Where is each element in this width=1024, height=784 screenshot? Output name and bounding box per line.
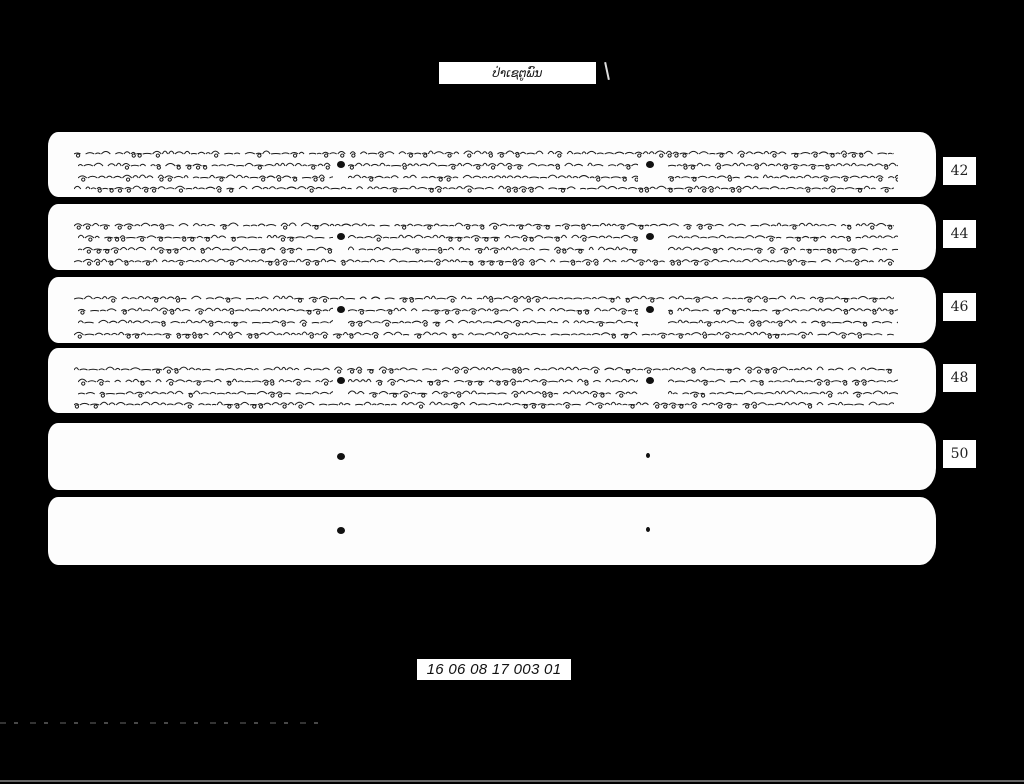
script-line [74,251,894,260]
palm-leaf-page [48,348,936,413]
folio-label-42: 42 [943,157,976,185]
binding-hole [337,233,345,240]
script-line [78,300,333,309]
palm-leaf-page [48,497,936,565]
script-line [348,383,638,392]
script-line [74,288,894,297]
script-line [78,239,333,248]
binding-hole [646,377,654,384]
binding-hole [646,161,654,168]
binding-hole [337,306,345,313]
script-line [668,383,898,392]
script-line [348,312,638,321]
binding-hole [337,377,345,384]
script-line [74,178,894,187]
scan-bottom-edge [0,780,1024,782]
catalog-id: 16 06 08 17 003 01 [427,661,562,678]
palm-leaf-page [48,132,936,197]
script-line [74,394,894,403]
binding-hole [646,233,654,240]
script-line [348,227,638,236]
script-line [348,239,638,248]
script-text-block [48,348,936,413]
catalog-id-label: 16 06 08 17 003 01 [417,659,571,680]
folio-number: 46 [951,299,969,315]
binding-hole [646,527,650,532]
script-line [668,239,898,248]
manuscript-title-label: ປ່າເຊຕູພົນ [439,62,596,84]
script-text-block [48,277,936,343]
palm-leaf-page [48,277,936,343]
script-line [78,312,333,321]
folio-label-48: 48 [943,364,976,392]
scan-noise [0,722,330,724]
folio-label-44: 44 [943,220,976,248]
script-line [78,383,333,392]
palm-leaf-page [48,204,936,270]
script-line [668,227,898,236]
script-text-block [48,497,936,565]
script-line [348,300,638,309]
script-line [668,167,898,176]
script-line [348,155,638,164]
script-line [74,324,894,333]
folio-label-50: 50 [943,440,976,468]
script-text-block [48,132,936,197]
script-line [78,167,333,176]
folio-number: 42 [951,163,969,179]
binding-hole [337,453,345,460]
script-line [74,359,894,368]
script-line [78,155,333,164]
script-line [78,227,333,236]
script-text-block [48,423,936,490]
script-line [74,143,894,152]
script-line [348,371,638,380]
script-line [668,300,898,309]
script-line [348,167,638,176]
script-line [668,371,898,380]
binding-hole [646,306,654,313]
binding-hole [646,453,650,458]
script-line [668,155,898,164]
slash-mark [604,62,610,80]
script-line [78,371,333,380]
script-line [668,312,898,321]
binding-hole [337,161,345,168]
folio-number: 44 [951,226,969,242]
script-line [74,215,894,224]
binding-hole [337,527,345,534]
folio-number: 50 [951,446,969,462]
script-text-block [48,204,936,270]
folio-label-46: 46 [943,293,976,321]
palm-leaf-page [48,423,936,490]
folio-number: 48 [951,370,969,386]
manuscript-title: ປ່າເຊຕູພົນ [493,66,543,80]
